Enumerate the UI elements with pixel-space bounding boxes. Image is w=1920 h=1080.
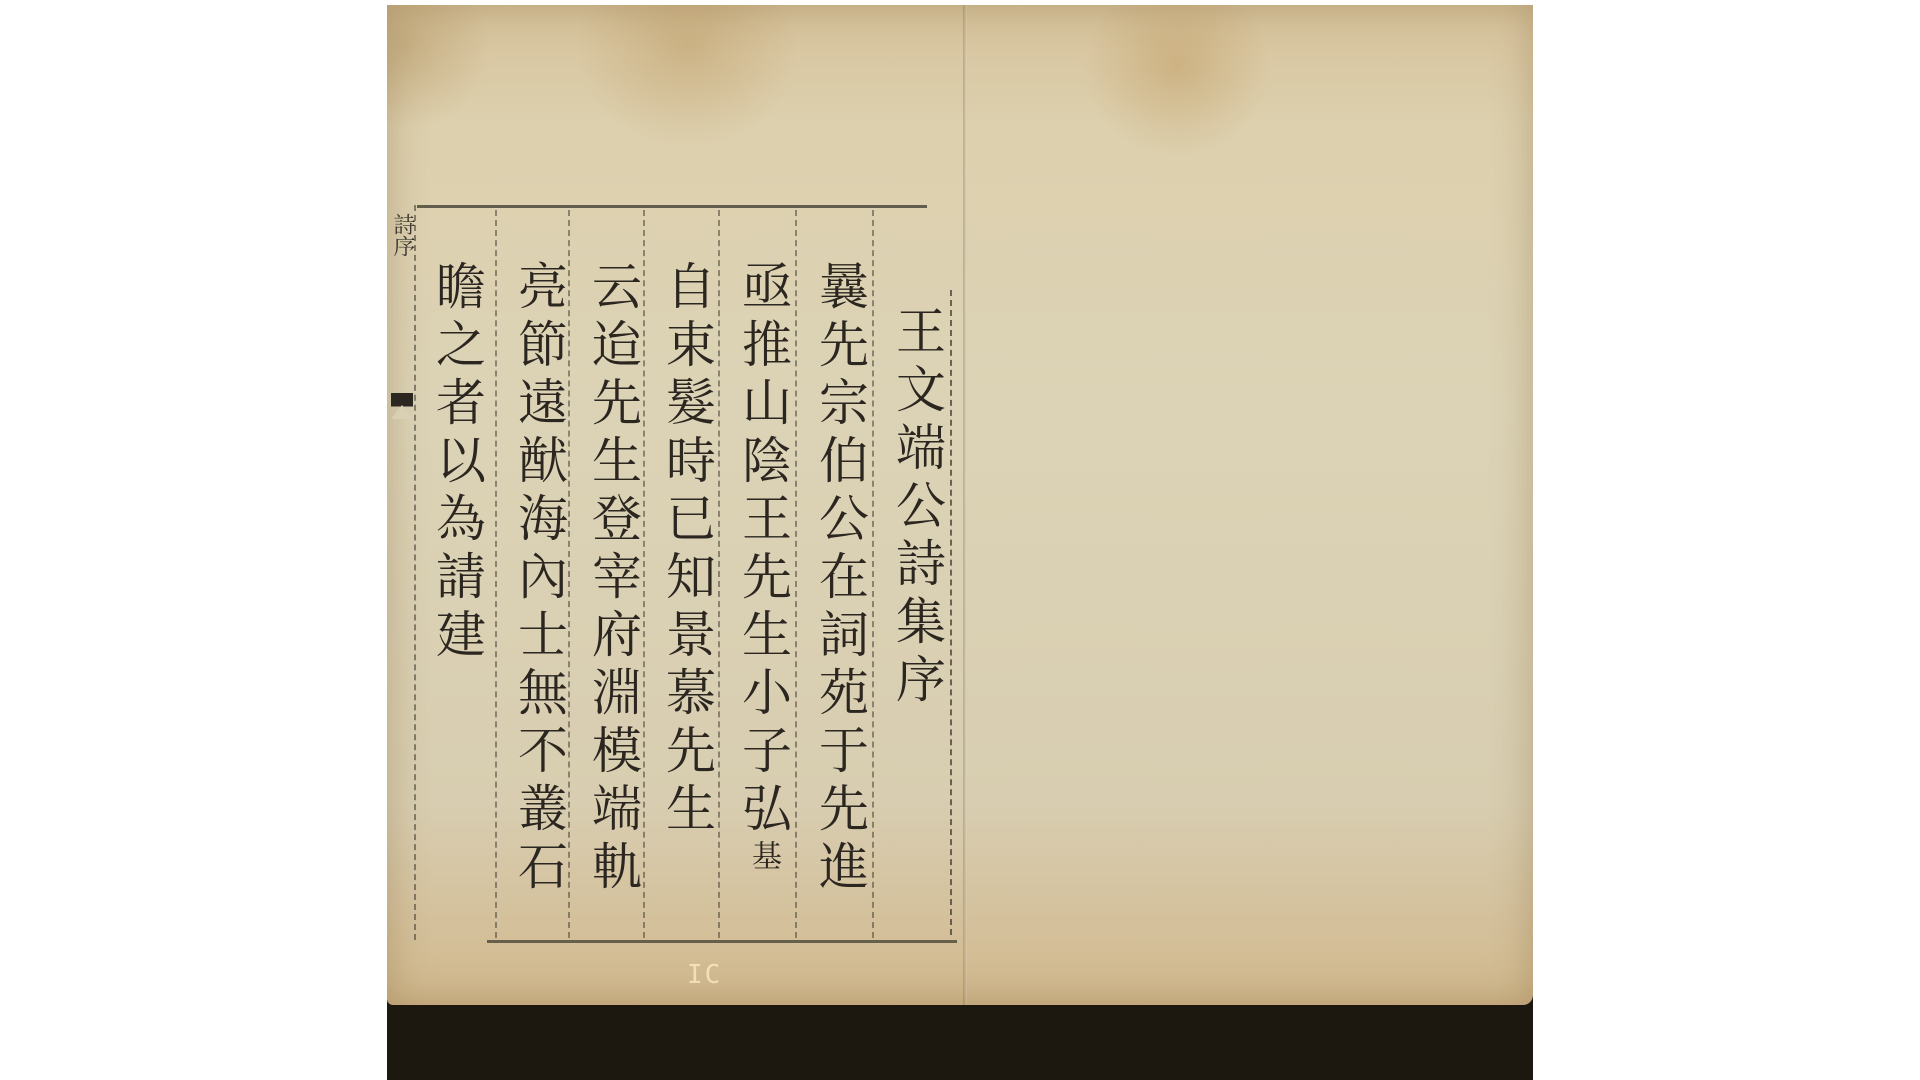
library-perforation-stamp: IC [687, 960, 722, 990]
text-column: 亮節遠猷海內士無不叢石 [509, 260, 569, 898]
text-column: 亟推山陰王先生小子弘基 [733, 260, 793, 872]
text-column: 云迨先生登宰府淵模端軌 [583, 260, 643, 898]
fold-margin-label: 詩序 [391, 213, 413, 257]
text-column: 自束髮時已知景慕先生 [657, 260, 717, 840]
paper-spread: 詩序 王文端公詩集序 曩先宗伯公在詞苑于先進 亟推山陰王先生小子弘基 自束髮時已… [387, 5, 1533, 1005]
column-rule [718, 210, 720, 938]
frame-bottom-border [487, 940, 957, 943]
frame-top-border [417, 205, 927, 208]
text-column-title: 王文端公詩集序 [887, 305, 947, 711]
fold-margin-line [414, 205, 418, 940]
text-column: 瞻之者以為請建 [427, 260, 487, 666]
text-column-small-chars: 基 [746, 840, 781, 872]
column-rule [872, 210, 874, 938]
column-rule [495, 210, 497, 938]
scanned-book-spread: 詩序 王文端公詩集序 曩先宗伯公在詞苑于先進 亟推山陰王先生小子弘基 自束髮時已… [387, 5, 1533, 1080]
fishtail-mark-icon [391, 393, 413, 423]
text-column: 曩先宗伯公在詞苑于先進 [810, 260, 870, 898]
frame-right-border [950, 290, 954, 935]
page-gutter [963, 5, 967, 1005]
column-rule [795, 210, 797, 938]
text-column-main: 亟推山陰王先生小子弘 [734, 260, 792, 840]
column-rule [643, 210, 645, 938]
